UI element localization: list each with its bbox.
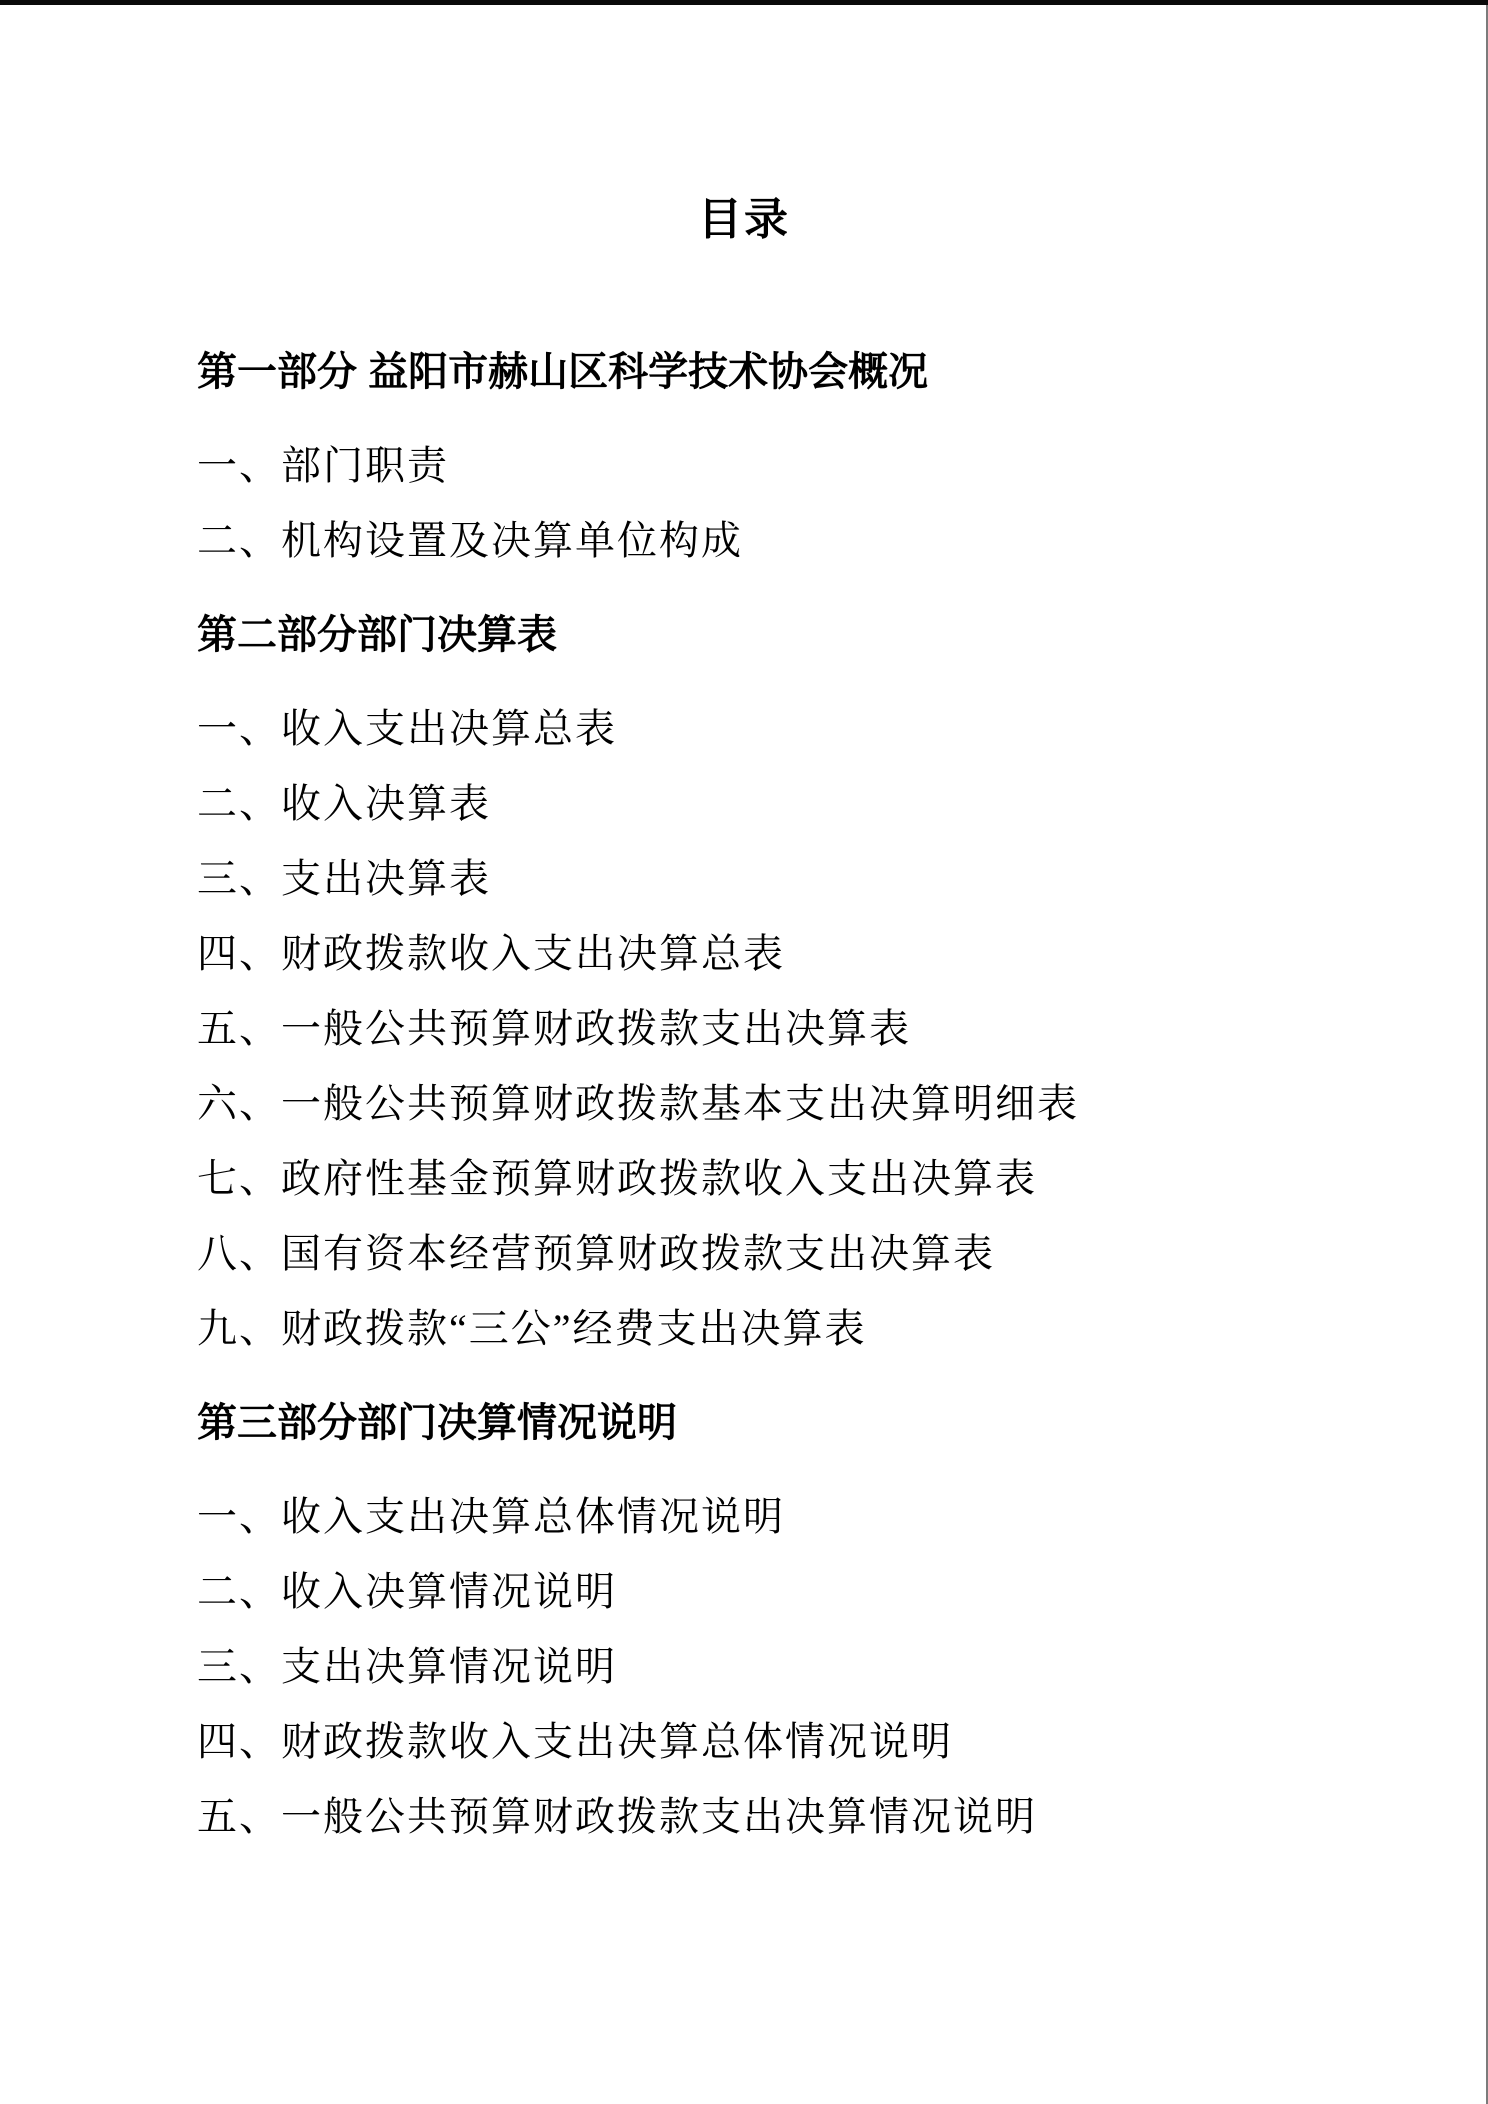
toc-item: 一、收入支出决算总体情况说明 — [197, 1497, 1488, 1537]
toc-item: 二、收入决算表 — [197, 784, 1488, 824]
toc-item: 一、收入支出决算总表 — [197, 709, 1488, 749]
section-heading: 第三部分部门决算情况说明 — [197, 1403, 1488, 1443]
section-heading: 第一部分 益阳市赫山区科学技术协会概况 — [197, 352, 1488, 392]
toc-section: 第二部分部门决算表一、收入支出决算总表二、收入决算表三、支出决算表四、财政拨款收… — [0, 615, 1488, 1349]
toc-section: 第一部分 益阳市赫山区科学技术协会概况一、部门职责二、机构设置及决算单位构成 — [0, 352, 1488, 561]
toc-item: 八、国有资本经营预算财政拨款支出决算表 — [197, 1234, 1488, 1274]
toc-item: 三、支出决算表 — [197, 859, 1488, 899]
toc-item: 九、财政拨款“三公”经费支出决算表 — [197, 1309, 1488, 1349]
section-heading: 第二部分部门决算表 — [197, 615, 1488, 655]
toc-item: 七、政府性基金预算财政拨款收入支出决算表 — [197, 1159, 1488, 1199]
toc-item: 三、支出决算情况说明 — [197, 1647, 1488, 1687]
page-title: 目录 — [0, 5, 1488, 242]
toc-item: 二、收入决算情况说明 — [197, 1572, 1488, 1612]
toc-item: 六、一般公共预算财政拨款基本支出决算明细表 — [197, 1084, 1488, 1124]
toc-section: 第三部分部门决算情况说明一、收入支出决算总体情况说明二、收入决算情况说明三、支出… — [0, 1403, 1488, 1837]
document-page: 目录 第一部分 益阳市赫山区科学技术协会概况一、部门职责二、机构设置及决算单位构… — [0, 0, 1488, 2104]
toc-item: 一、部门职责 — [197, 446, 1488, 486]
toc-item: 五、一般公共预算财政拨款支出决算表 — [197, 1009, 1488, 1049]
table-of-contents: 第一部分 益阳市赫山区科学技术协会概况一、部门职责二、机构设置及决算单位构成第二… — [0, 352, 1488, 1837]
toc-item: 四、财政拨款收入支出决算总表 — [197, 934, 1488, 974]
toc-item: 四、财政拨款收入支出决算总体情况说明 — [197, 1722, 1488, 1762]
toc-item: 五、一般公共预算财政拨款支出决算情况说明 — [197, 1797, 1488, 1837]
toc-item: 二、机构设置及决算单位构成 — [197, 521, 1488, 561]
